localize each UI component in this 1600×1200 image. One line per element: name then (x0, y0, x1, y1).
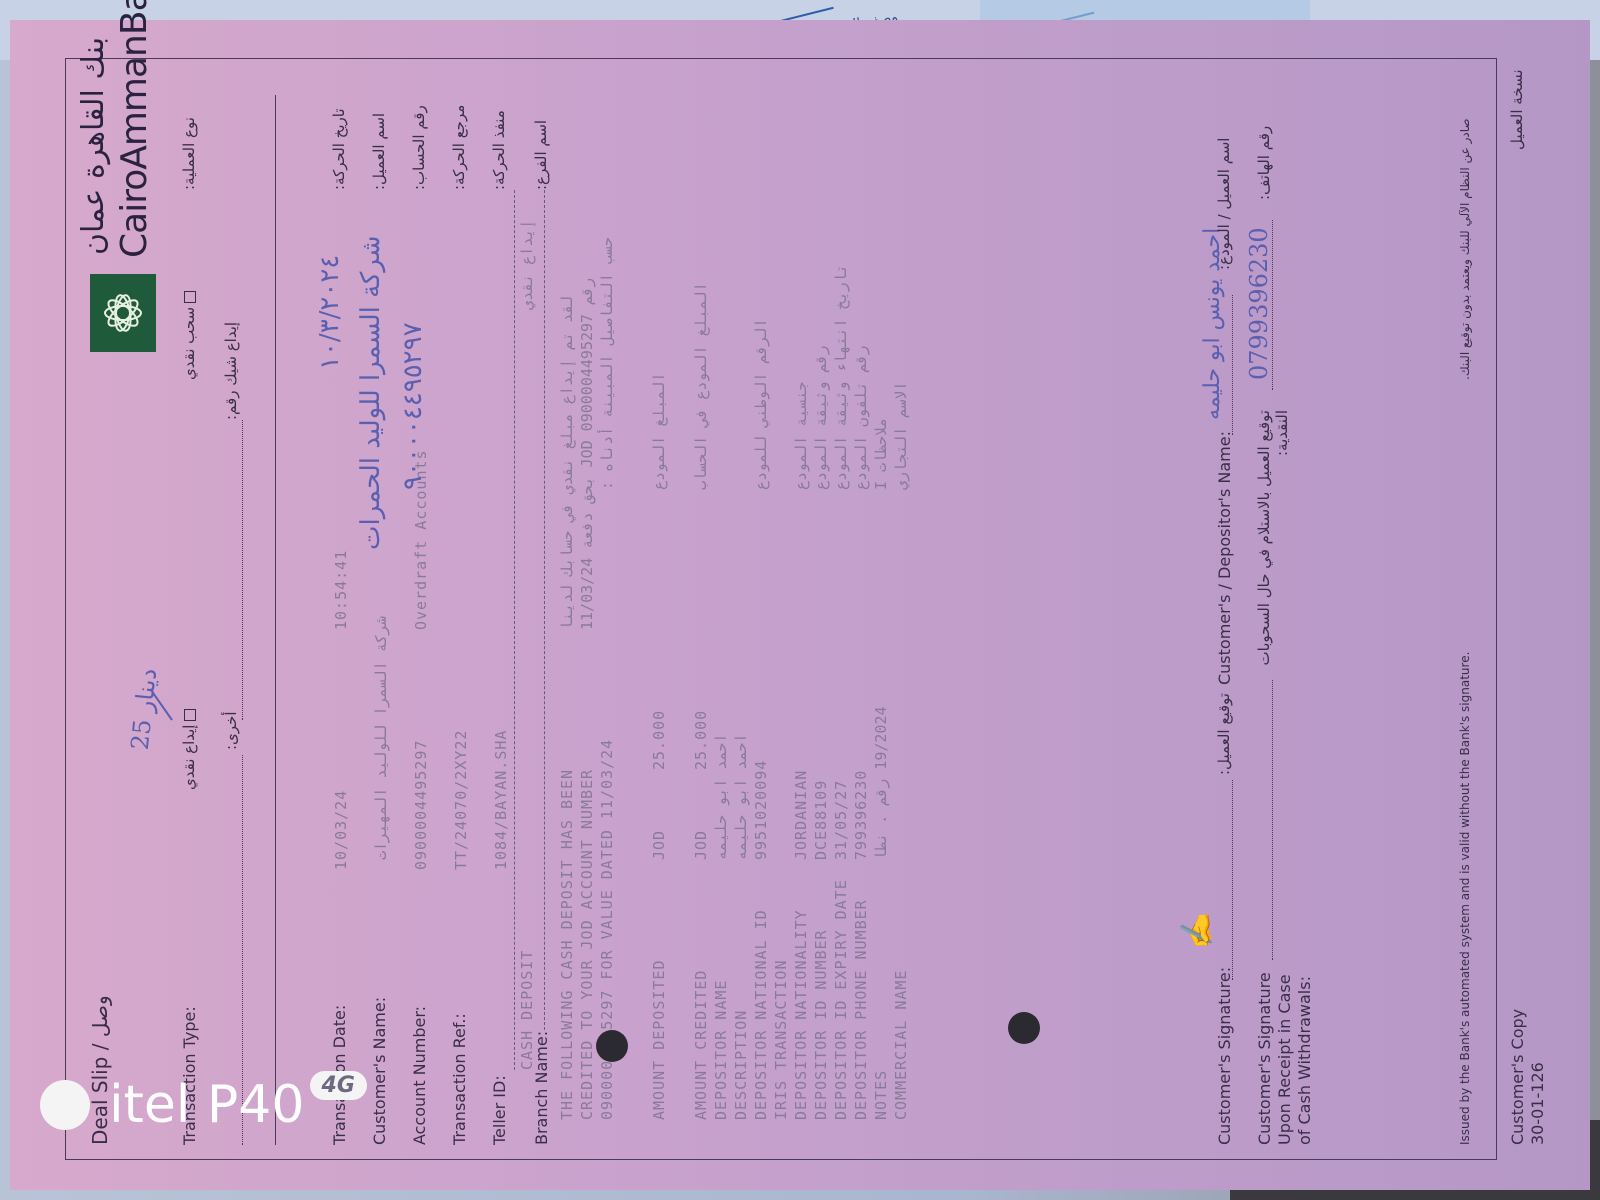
option-cheque-deposit[interactable]: إيداع شيك رقم: (222, 322, 240, 420)
detail-label: AMOUNT DEPOSITED (650, 960, 668, 1121)
detail-label: IRIS TRANSACTION (772, 960, 790, 1121)
detail-label: DEPOSITOR PHONE NUMBER (852, 899, 870, 1120)
handwritten-date: ١٠/٣/٢٠٢٤ (315, 255, 345, 370)
detail-value: JORDANIAN (792, 770, 810, 860)
dashed-divider (544, 190, 545, 1030)
detail-label-ar: رقم وثيقة المودع (812, 346, 830, 491)
detail-label: NOTES (872, 1070, 890, 1120)
label-teller-id-ar: منفذ الحركة: (490, 110, 508, 190)
detail-value: 25.000 (692, 710, 710, 770)
detail-label: AMOUNT CREDITED (692, 970, 710, 1120)
detail-label: DEPOSITOR NATIONAL ID (752, 909, 770, 1120)
transaction-time-value: 10:54:41 (332, 550, 350, 630)
detail-value: احمد ابو حليمه (712, 734, 730, 860)
depositor-name-line[interactable] (1232, 295, 1233, 435)
label-depositor-name: Customer's / Depositor's Name: (1215, 431, 1234, 685)
detail-label: COMMERCIAL NAME (892, 970, 910, 1120)
deal-slip: Deal Slip / وصل بنك القاهرة عمان CairoAm… (10, 20, 1590, 1190)
detail-label: DEPOSITOR ID NUMBER (812, 929, 830, 1120)
label-customer-name-ar: اسم العميل: (370, 113, 388, 190)
detail-value: DCE88109 (812, 780, 830, 860)
detail-value: احمد ابو حليمه (732, 734, 750, 860)
label-account-number: Account Number: (410, 1006, 429, 1145)
label-phone-ar: رقم الهاتف: (1255, 126, 1273, 200)
detail-value: 25.000 (650, 710, 668, 770)
dashed-divider (514, 190, 515, 1070)
detail-label-ar: جنسية المودع (792, 382, 810, 490)
handwritten-phone: 0799396230 (1245, 227, 1273, 380)
watermark-dot-icon (40, 1080, 90, 1130)
customer-signature: ✍ (1178, 910, 1218, 952)
bank-name: CairoAmmanBank (114, 0, 155, 258)
detail-label-ar: ملاحظات I (872, 418, 890, 490)
option-other[interactable]: أخرى: (222, 711, 240, 750)
detail-label-ar: المبلغ المودع (650, 373, 668, 490)
message-line-ar: حسب التفاصيل المبينة أدناه : (598, 237, 616, 490)
detail-label: DEPOSITOR NATIONALITY (792, 909, 810, 1120)
label-branch-name-ar: اسم الفرع: (532, 120, 550, 190)
detail-label: DEPOSITOR ID EXPIRY DATE (832, 879, 850, 1120)
lotus-flower-icon (101, 286, 145, 340)
teller-id-value: 1084/BAYAN.SHA (492, 730, 510, 870)
detail-currency: JOD (650, 830, 668, 860)
detail-label: DESCRIPTION (732, 1010, 750, 1120)
label-branch-name: Branch Name: (532, 1031, 551, 1145)
punch-hole (596, 1030, 628, 1062)
label-depositor-name-ar: اسم العميل / المودع: (1215, 138, 1233, 270)
checkbox-cash-withdrawal[interactable] (184, 291, 196, 303)
label-transaction-ref: Transaction Ref.: (450, 1013, 469, 1145)
message-line: 0900004495297 FOR VALUE DATED 11/03/24 (598, 739, 616, 1120)
label-account-number-ar: رقم الحساب: (410, 105, 428, 190)
watermark-badge: 4G (310, 1071, 367, 1100)
option-cash-deposit[interactable]: إيداع نقدي (180, 705, 198, 790)
label-customer-signature: Customer's Signature: (1215, 967, 1234, 1145)
deposit-type-ar: إيداع نقدي (518, 220, 536, 310)
message-line: CREDITED TO YOUR JOD ACCOUNT NUMBER (578, 769, 596, 1120)
detail-currency: JOD (692, 830, 710, 860)
transaction-type-label-ar: نوع العملية: (180, 117, 198, 190)
camera-watermark: itel P40 4G (40, 1075, 367, 1135)
cheque-number-line (242, 420, 243, 720)
handwritten-customer-name: شركة السمرا للوليد الحمرات (356, 235, 386, 550)
detail-value: 19/2024 رقم . نطا (872, 706, 890, 860)
bank-name-arabic: بنك القاهرة عمان (76, 37, 111, 255)
transaction-ref-value: TT/24070/2XY22 (452, 730, 470, 870)
account-number-value: 0900004495297 (412, 740, 430, 870)
header-divider (275, 95, 276, 1145)
checkbox-cash-deposit-checked[interactable] (184, 709, 196, 721)
customer-name-value: شركة السمرا للوليد المهيرات (372, 616, 390, 860)
detail-value: 799396230 (852, 770, 870, 860)
bank-logo (90, 274, 156, 352)
copy-label: Customer's Copy 30-01-126 (1508, 1009, 1548, 1145)
footer-disclaimer-ar: صادر عن النظام الآلي للبنك ويعتمد بدون ت… (1458, 118, 1472, 380)
label-transaction-date-ar: تاريخ الحركة: (330, 108, 348, 190)
label-customer-signature-ar: توقيع العميل: (1215, 693, 1233, 775)
signature-line[interactable] (1232, 780, 1233, 980)
message-line: THE FOLLOWING CASH DEPOSIT HAS BEEN (558, 769, 576, 1120)
label-transaction-ref-ar: مرجع الحركة: (450, 105, 468, 190)
watermark-brand: itel P40 (109, 1075, 304, 1135)
message-line-ar: رقم JOD 0900004495297 بحق دفعة 11/03/24 (578, 278, 596, 630)
detail-label: DEPOSITOR NAME (712, 980, 730, 1120)
label-withdrawal-signature-ar: توقيع العميل بالاستلام في حال السحوبات ا… (1255, 410, 1291, 670)
message-line-ar: لقد تم إيداع مبلغ نقدي في حسابك لدينا (558, 296, 576, 630)
detail-label-ar: الرقم الوطني للمودع (752, 318, 770, 490)
detail-value: 31/05/27 (832, 780, 850, 860)
footer-disclaimer: Issued by the Bank's automated system an… (1458, 652, 1472, 1145)
withdrawal-signature-line[interactable] (1272, 680, 1273, 960)
detail-label-ar: تاريخ انتهاء وثيقة المودع (832, 264, 850, 490)
copy-label-ar: نسخة العميل (1508, 69, 1526, 150)
label-customer-name: Customer's Name: (370, 997, 389, 1145)
detail-label-ar: الاسم التجاري (892, 382, 910, 490)
punch-hole (1008, 1012, 1040, 1044)
label-teller-id: Teller ID: (490, 1075, 509, 1145)
option-cash-withdrawal[interactable]: سحب نقدي (180, 287, 198, 380)
label-withdrawal-signature: Customer's Signature Upon Receipt in Cas… (1255, 972, 1315, 1145)
detail-label-ar: رقم تلفون المودع (852, 346, 870, 491)
handwritten-account-number: ٩٠٠٠٠٤٤٩٥٢٩٧ (398, 322, 428, 490)
detail-label-ar: المبلغ المودع في الحساب (692, 282, 710, 490)
transaction-date-value: 10/03/24 (332, 790, 350, 870)
detail-value: 9951020094 (752, 760, 770, 860)
